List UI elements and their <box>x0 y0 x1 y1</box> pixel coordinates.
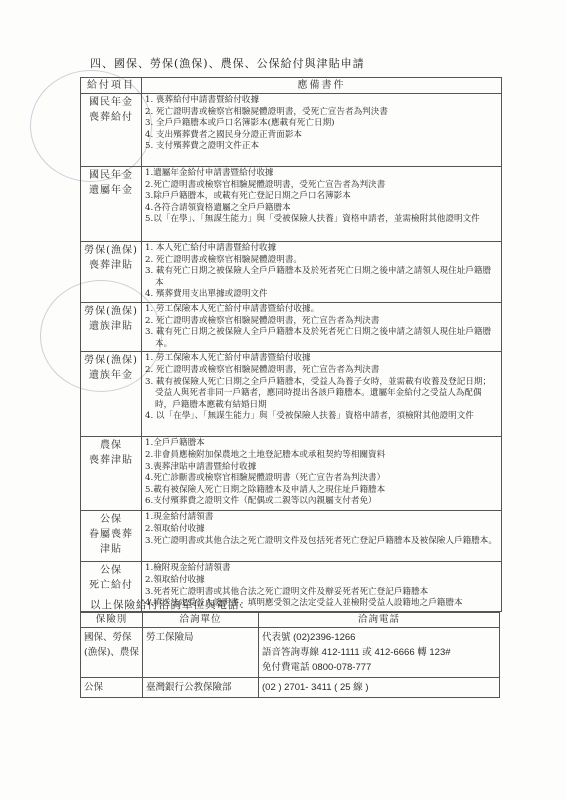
document-list-item: 1.檢附現金給付請領書 <box>145 563 498 575</box>
document-list-item: 1. 本人死亡給付申請書暨給付收據 <box>145 243 498 255</box>
document-list-item: 3.除戶戶籍謄本，或載有死亡登記日期之戶口名簿影本 <box>145 191 498 203</box>
document-list-item: 4.各符合請領資格遺屬之全戶戶籍謄本 <box>145 203 498 215</box>
phone-number: 語音答詢專線 412-1111 或 412-6666 轉 123# <box>262 645 496 660</box>
document-list-item: 4. 支出殯葬費者之國民身分證正背面影本 <box>145 130 498 142</box>
required-documents-cell: 1.全戶戶籍謄本2.非會員應檢附加保農地之土地登記謄本或承租契約等相關資料3.喪… <box>142 437 502 511</box>
document-list-item: 1. 勞工保險本人死亡給付申請書暨給付收據。 <box>145 304 498 316</box>
document-list-item: 3.喪葬津貼申請書暨給付收據 <box>145 462 498 474</box>
document-list-item: 3. 載有死亡日期之被保險人全戶戶籍謄本及於死者死亡日期之後申請之請領人現住址戶… <box>145 266 498 289</box>
required-documents-cell: 1. 勞工保險本人死亡給付申請書暨給付收據2. 死亡證明書或檢察官相驗屍體證明書… <box>142 352 502 437</box>
benefit-item-label: 遺族津貼 <box>84 319 138 334</box>
insurance-type-cell: 公保 <box>81 678 143 698</box>
contact-section-title: 以上保險給付洽詢單位與電話： <box>90 597 251 612</box>
benefit-item-label: 勞保(漁保) <box>84 304 138 319</box>
table-row: 勞保(漁保)遺族年金1. 勞工保險本人死亡給付申請書暨給付收據2. 死亡證明書或… <box>81 352 502 437</box>
document-list-item: 1. 喪葬給付申請書暨給付收據 <box>145 95 498 107</box>
contact-phone-cell: (02 ) 2701- 3411 ( 25 線 ) <box>259 678 500 698</box>
benefit-item-label: 遺族年金 <box>84 368 138 383</box>
benefit-item-cell: 勞保(漁保)喪葬津貼 <box>81 242 142 303</box>
benefit-item-label: 遺屬年金 <box>84 183 138 198</box>
required-documents-cell: 1. 本人死亡給付申請書暨給付收據2. 死亡證明書或檢察官相驗屍體證明書。3. … <box>142 242 502 303</box>
page-title: 四、國保、勞保(漁保)、農保、公保給付與津貼申請 <box>90 55 365 71</box>
document-list-item: 4.死亡診斷書或檢察官相驗屍體證明書（死亡宣告者為判決書） <box>145 473 498 485</box>
document-list-item: 2.領取給付收據 <box>145 524 498 536</box>
document-list-item: 2.非會員應檢附加保農地之土地登記謄本或承租契約等相關資料 <box>145 450 498 462</box>
required-documents-table: 給付項目 應備書件 國民年金喪葬給付1. 喪葬給付申請書暨給付收據2. 死亡證明… <box>80 77 502 612</box>
table-row: 公保眷屬喪葬津貼1.現金給付請領書2.領取給付收據3.死亡證明書或其他合法之死亡… <box>81 511 502 562</box>
document-list-item: 2.死亡證明書或檢察官相驗屍體證明書，受死亡宣告者為判決書 <box>145 180 498 192</box>
benefit-item-label: 喪葬津貼 <box>84 453 138 468</box>
document-list-item: 1.遺屬年金給付申請書暨給付收據 <box>145 168 498 180</box>
column-header-insurance-type: 保險別 <box>81 613 143 628</box>
column-header-required-documents: 應備書件 <box>142 78 502 94</box>
document-list-item: 1.現金給付請領書 <box>145 512 498 524</box>
column-header-contact-unit: 洽詢單位 <box>143 613 259 628</box>
document-list-item: 5. 支付殯葬費之證明文件正本 <box>145 141 498 153</box>
document-list-item: 3. 載有死亡日期之被保險人全戶戶籍謄本及於死者死亡日期之後申請之請領人現住址戶… <box>145 327 498 350</box>
benefit-item-label: 農保 <box>84 438 138 453</box>
phone-number: (02 ) 2701- 3411 ( 25 線 ) <box>262 680 496 695</box>
benefit-item-label: 津貼 <box>84 542 138 557</box>
document-list-item: 2. 死亡證明書或檢察官相驗屍體證明書。 <box>145 255 498 267</box>
required-documents-cell: 1.遺屬年金給付申請書暨給付收據2.死亡證明書或檢察官相驗屍體證明書，受死亡宣告… <box>142 167 502 242</box>
benefit-item-label: 喪葬給付 <box>84 110 138 125</box>
benefit-item-label: 眷屬喪葬 <box>84 527 138 542</box>
table-row: 勞保(漁保)遺族津貼1. 勞工保險本人死亡給付申請書暨給付收據。2. 死亡證明書… <box>81 302 502 351</box>
benefit-item-cell: 農保喪葬津貼 <box>81 437 142 511</box>
table-row: 農保喪葬津貼1.全戶戶籍謄本2.非會員應檢附加保農地之土地登記謄本或承租契約等相… <box>81 437 502 511</box>
benefit-item-label: 國民年金 <box>84 95 138 110</box>
contact-unit-cell: 臺灣銀行公教保險部 <box>143 678 259 698</box>
benefit-item-label: 勞保(漁保) <box>84 353 138 368</box>
table-row: 國民年金遺屬年金1.遺屬年金給付申請書暨給付收據2.死亡證明書或檢察官相驗屍體證… <box>81 167 502 242</box>
benefit-item-label: 國民年金 <box>84 168 138 183</box>
required-documents-cell: 1.現金給付請領書2.領取給付收據3.死亡證明書或其他合法之死亡證明文件及包括死… <box>142 511 502 562</box>
required-documents-cell: 1. 勞工保險本人死亡給付申請書暨給付收據。2. 死亡證明書或檢察官相驗屍體證明… <box>142 302 502 351</box>
document-list-item: 4. 以「在學」、「無謀生能力」與「受被保險人扶養」資格申請者，須檢附其他證明文… <box>145 411 498 423</box>
document-list-item: 5.以「在學」、「無謀生能力」與「受被保險人扶養」資格申請者，並需檢附其他證明文… <box>145 214 498 226</box>
document-list-item: 2. 死亡證明書或檢察官相驗屍體證明書，死亡宣告者為判決書 <box>145 316 498 328</box>
contact-unit-cell: 勞工保險局 <box>143 628 259 678</box>
document-list-item: 2.領取給付收據 <box>145 575 498 587</box>
document-list-item: 3.死亡證明書或其他合法之死亡證明文件及包括死者死亡登記戶籍謄本及被保險人戶籍謄… <box>145 536 498 548</box>
table-row: 國保、勞保(漁保)、農保勞工保險局代表號 (02)2396-1266語音答詢專線… <box>81 628 500 678</box>
table-header-row: 保險別 洽詢單位 洽詢電話 <box>81 613 500 628</box>
table-row: 國民年金喪葬給付1. 喪葬給付申請書暨給付收據2. 死亡證明書或檢察官相驗屍體證… <box>81 94 502 167</box>
column-header-benefit-item: 給付項目 <box>81 78 142 94</box>
benefit-item-label: 公保 <box>84 563 138 578</box>
benefit-item-cell: 國民年金遺屬年金 <box>81 167 142 242</box>
benefit-item-cell: 勞保(漁保)遺族年金 <box>81 352 142 437</box>
benefit-item-label: 死亡給付 <box>84 578 138 593</box>
document-list-item: 2. 死亡證明書或檢察官相驗屍體證明書，受死亡宣告者為判決書 <box>145 107 498 119</box>
benefit-item-label: 勞保(漁保) <box>84 243 138 258</box>
phone-number: 免付費電話 0800-078-777 <box>262 660 496 675</box>
contact-phone-cell: 代表號 (02)2396-1266語音答詢專線 412-1111 或 412-6… <box>259 628 500 678</box>
document-list-item: 3. 全戶戶籍謄本或戶口名簿影本(應載有死亡日期) <box>145 118 498 130</box>
table-header-row: 給付項目 應備書件 <box>81 78 502 94</box>
column-header-contact-phone: 洽詢電話 <box>259 613 500 628</box>
table-row: 勞保(漁保)喪葬津貼1. 本人死亡給付申請書暨給付收據2. 死亡證明書或檢察官相… <box>81 242 502 303</box>
document-list-item: 5.載有被保險人死亡日期之除籍謄本及申請人之現住址戶籍謄本 <box>145 485 498 497</box>
benefit-item-label: 公保 <box>84 512 138 527</box>
document-list-item: 6.支付殯葬費之證明文件（配偶或二親等以內親屬支付者免） <box>145 496 498 508</box>
document-list-item: 1.全戶戶籍謄本 <box>145 438 498 450</box>
benefit-item-cell: 國民年金喪葬給付 <box>81 94 142 167</box>
document-list-item: 3. 載有被保險人死亡日期之全戶戶籍謄本，受益人為養子女時，並需載有收養及登記日… <box>145 377 498 412</box>
table-row: 公保臺灣銀行公教保險部(02 ) 2701- 3411 ( 25 線 ) <box>81 678 500 698</box>
document-list-item: 1. 勞工保險本人死亡給付申請書暨給付收據 <box>145 353 498 365</box>
insurance-type-cell: 國保、勞保(漁保)、農保 <box>81 628 143 678</box>
required-documents-cell: 1. 喪葬給付申請書暨給付收據2. 死亡證明書或檢察官相驗屍體證明書，受死亡宣告… <box>142 94 502 167</box>
document-list-item: 4. 殯葬費用支出單據或證明文件 <box>145 289 498 301</box>
document-list-item: 2. 死亡證明書或檢察官相驗屍體證明書，死亡宣告者為判決書 <box>145 365 498 377</box>
benefit-item-label: 喪葬津貼 <box>84 258 138 273</box>
phone-number: 代表號 (02)2396-1266 <box>262 630 496 645</box>
contact-table: 保險別 洽詢單位 洽詢電話 國保、勞保(漁保)、農保勞工保險局代表號 (02)2… <box>80 612 500 698</box>
benefit-item-cell: 公保眷屬喪葬津貼 <box>81 511 142 562</box>
benefit-item-cell: 勞保(漁保)遺族津貼 <box>81 302 142 351</box>
